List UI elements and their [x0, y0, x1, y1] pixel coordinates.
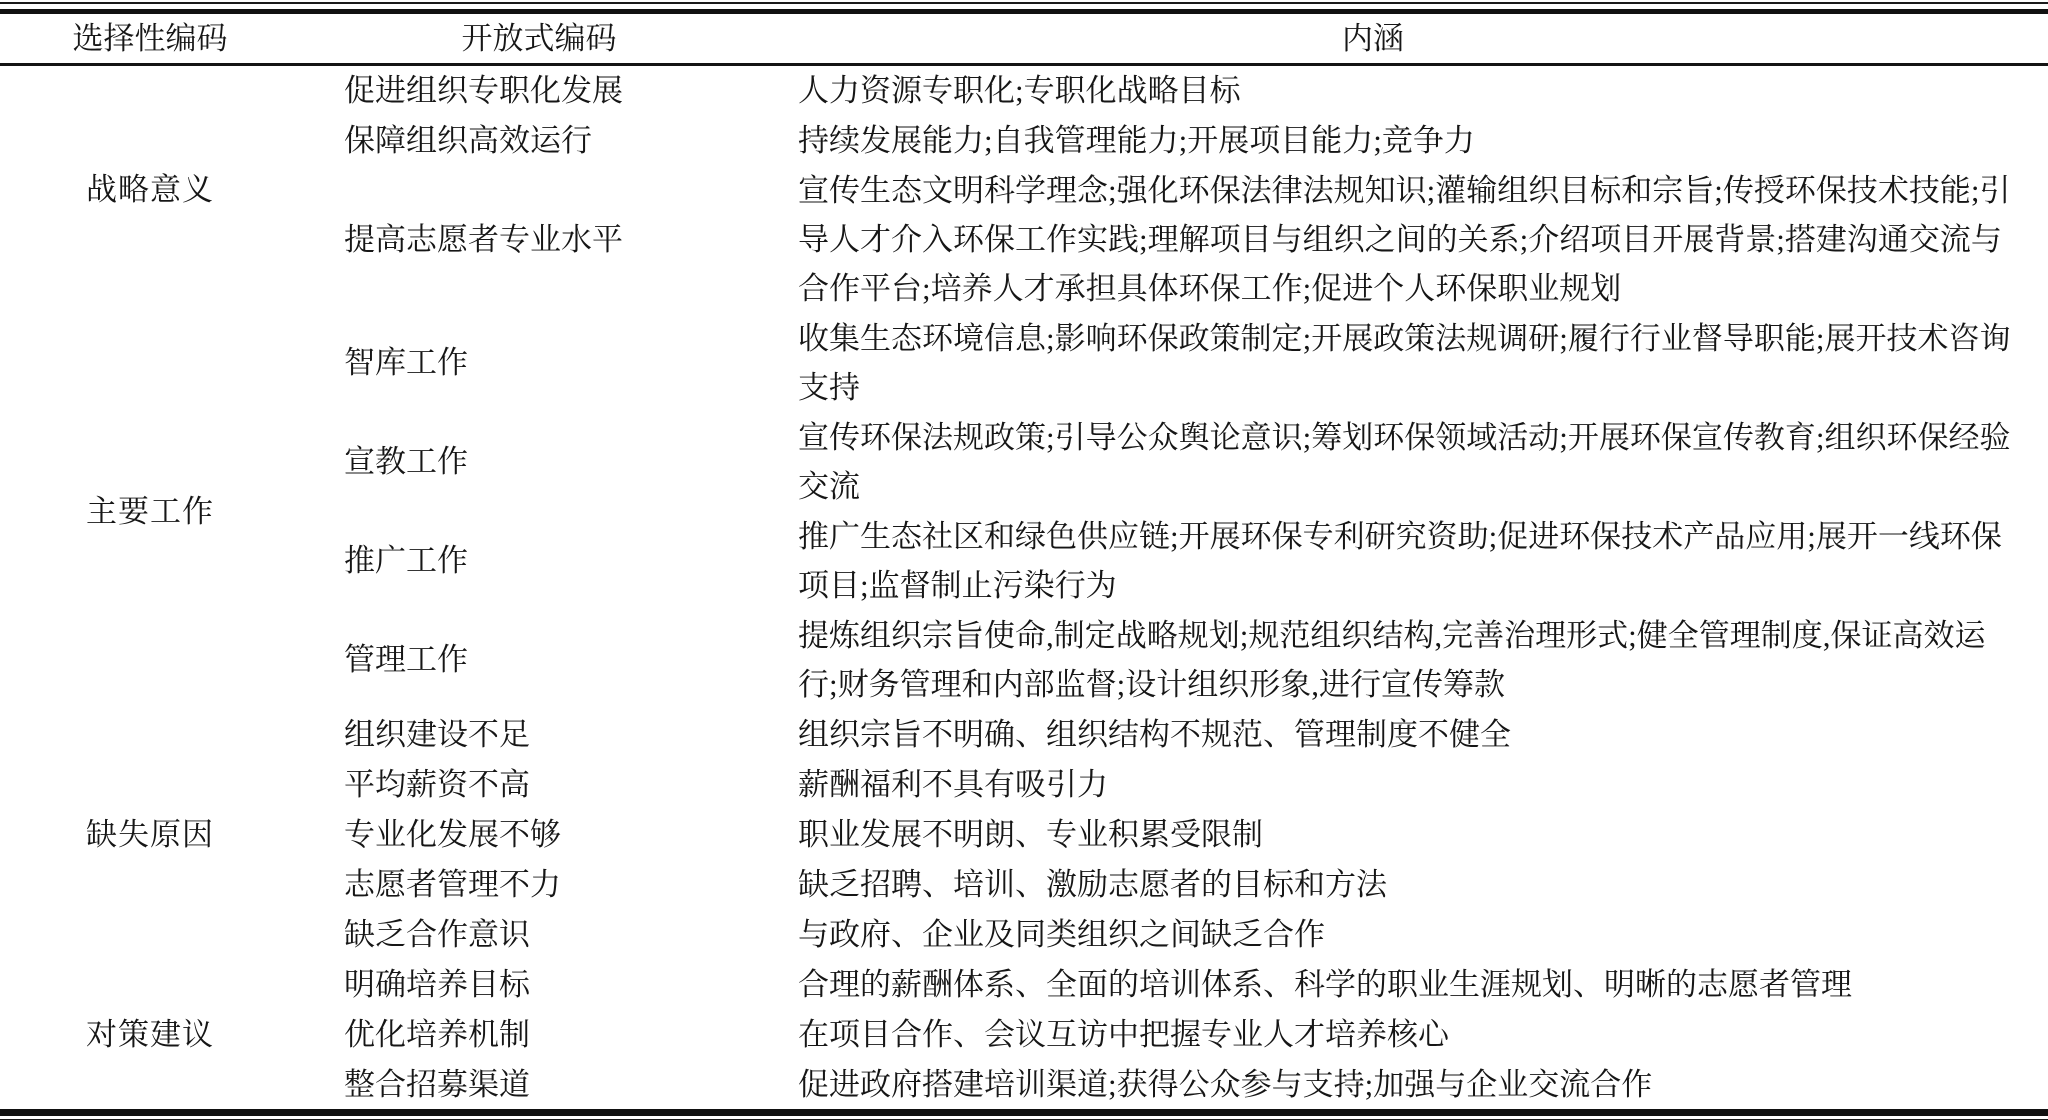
table-row: 推广工作 推广生态社区和绿色供应链;开展环保专利研究资助;促进环保技术产品应用;… [0, 511, 2048, 610]
connotation-cell: 合理的薪酬体系、全面的培训体系、科学的职业生涯规划、明晰的志愿者管理 [778, 959, 2048, 1009]
connotation-cell: 宣传环保法规政策;引导公众舆论意识;筹划环保领域活动;开展环保宣传教育;组织环保… [778, 412, 2048, 511]
table-row: 管理工作 提炼组织宗旨使命,制定战略规划;规范组织结构,完善治理形式;健全管理制… [0, 610, 2048, 709]
selective-coding-cell: 对策建议 [0, 959, 300, 1109]
col-header-connotation: 内涵 [778, 14, 2048, 65]
table-row: 提高志愿者专业水平 宣传生态文明科学理念;强化环保法律法规知识;灌输组织目标和宗… [0, 165, 2048, 313]
table-row: 宣教工作 宣传环保法规政策;引导公众舆论意识;筹划环保领域活动;开展环保宣传教育… [0, 412, 2048, 511]
open-coding-cell: 促进组织专职化发展 [300, 65, 778, 116]
table-row: 整合招募渠道 促进政府搭建培训渠道;获得公众参与支持;加强与企业交流合作 [0, 1059, 2048, 1109]
open-coding-cell: 志愿者管理不力 [300, 859, 778, 909]
open-coding-cell: 推广工作 [300, 511, 778, 610]
table-row: 战略意义 促进组织专职化发展 人力资源专职化;专职化战略目标 [0, 65, 2048, 116]
connotation-cell: 推广生态社区和绿色供应链;开展环保专利研究资助;促进环保技术产品应用;展开一线环… [778, 511, 2048, 610]
open-coding-cell: 明确培养目标 [300, 959, 778, 1009]
connotation-cell: 组织宗旨不明确、组织结构不规范、管理制度不健全 [778, 709, 2048, 759]
open-coding-cell: 组织建设不足 [300, 709, 778, 759]
selective-coding-cell: 战略意义 [0, 65, 300, 314]
open-coding-cell: 专业化发展不够 [300, 809, 778, 859]
table-row: 主要工作 智库工作 收集生态环境信息;影响环保政策制定;开展政策法规调研;履行行… [0, 313, 2048, 412]
table-row: 平均薪资不高 薪酬福利不具有吸引力 [0, 759, 2048, 809]
connotation-cell: 在项目合作、会议互访中把握专业人才培养核心 [778, 1009, 2048, 1059]
connotation-cell: 职业发展不明朗、专业积累受限制 [778, 809, 2048, 859]
coding-table: 选择性编码 开放式编码 内涵 战略意义 促进组织专职化发展 人力资源专职化;专职… [0, 14, 2048, 1109]
table-row: 缺失原因 组织建设不足 组织宗旨不明确、组织结构不规范、管理制度不健全 [0, 709, 2048, 759]
connotation-cell: 缺乏招聘、培训、激励志愿者的目标和方法 [778, 859, 2048, 909]
open-coding-cell: 智库工作 [300, 313, 778, 412]
paper-table-page: 选择性编码 开放式编码 内涵 战略意义 促进组织专职化发展 人力资源专职化;专职… [0, 0, 2048, 1120]
open-coding-cell: 整合招募渠道 [300, 1059, 778, 1109]
col-header-open-coding: 开放式编码 [300, 14, 778, 65]
open-coding-cell: 优化培养机制 [300, 1009, 778, 1059]
open-coding-cell: 宣教工作 [300, 412, 778, 511]
open-coding-cell: 提高志愿者专业水平 [300, 165, 778, 313]
open-coding-cell: 平均薪资不高 [300, 759, 778, 809]
header-row: 选择性编码 开放式编码 内涵 [0, 14, 2048, 65]
selective-coding-cell: 缺失原因 [0, 709, 300, 959]
selective-coding-cell: 主要工作 [0, 313, 300, 709]
connotation-cell: 促进政府搭建培训渠道;获得公众参与支持;加强与企业交流合作 [778, 1059, 2048, 1109]
connotation-cell: 与政府、企业及同类组织之间缺乏合作 [778, 909, 2048, 959]
connotation-cell: 薪酬福利不具有吸引力 [778, 759, 2048, 809]
open-coding-cell: 保障组织高效运行 [300, 115, 778, 165]
table-row: 志愿者管理不力 缺乏招聘、培训、激励志愿者的目标和方法 [0, 859, 2048, 909]
open-coding-cell: 管理工作 [300, 610, 778, 709]
connotation-cell: 持续发展能力;自我管理能力;开展项目能力;竞争力 [778, 115, 2048, 165]
bottom-thick-rule [0, 1109, 2048, 1116]
connotation-cell: 人力资源专职化;专职化战略目标 [778, 65, 2048, 116]
open-coding-cell: 缺乏合作意识 [300, 909, 778, 959]
table-row: 专业化发展不够 职业发展不明朗、专业积累受限制 [0, 809, 2048, 859]
col-header-selective-coding: 选择性编码 [0, 14, 300, 65]
connotation-cell: 宣传生态文明科学理念;强化环保法律法规知识;灌输组织目标和宗旨;传授环保技术技能… [778, 165, 2048, 313]
table-row: 缺乏合作意识 与政府、企业及同类组织之间缺乏合作 [0, 909, 2048, 959]
table-row: 保障组织高效运行 持续发展能力;自我管理能力;开展项目能力;竞争力 [0, 115, 2048, 165]
top-thin-rule [0, 2, 2048, 4]
table-row: 优化培养机制 在项目合作、会议互访中把握专业人才培养核心 [0, 1009, 2048, 1059]
connotation-cell: 收集生态环境信息;影响环保政策制定;开展政策法规调研;履行行业督导职能;展开技术… [778, 313, 2048, 412]
table-row: 对策建议 明确培养目标 合理的薪酬体系、全面的培训体系、科学的职业生涯规划、明晰… [0, 959, 2048, 1009]
connotation-cell: 提炼组织宗旨使命,制定战略规划;规范组织结构,完善治理形式;健全管理制度,保证高… [778, 610, 2048, 709]
